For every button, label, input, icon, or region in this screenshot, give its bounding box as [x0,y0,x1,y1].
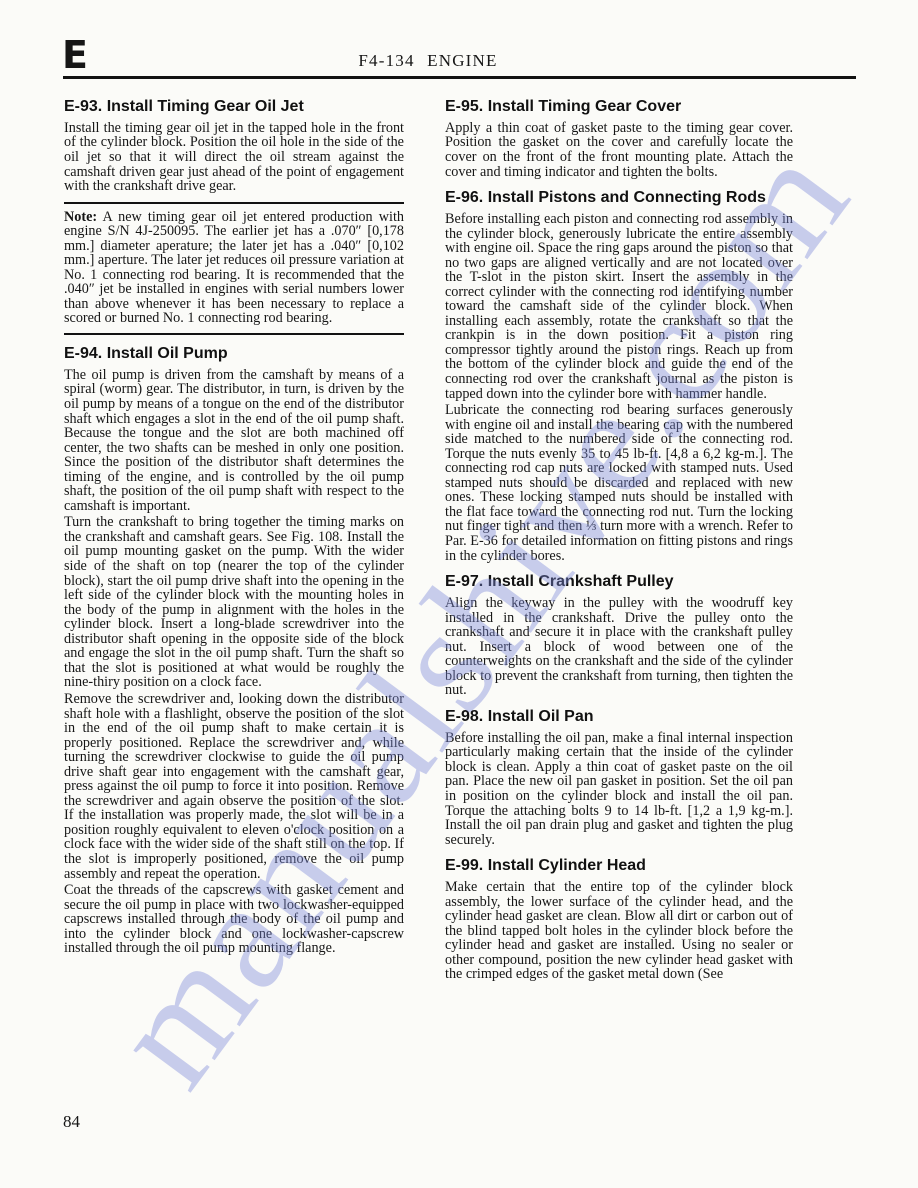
section-e94-paragraph-3: Remove the screwdriver and, looking down… [64,692,404,881]
section-heading-e93: E-93. Install Timing Gear Oil Jet [64,98,404,116]
page-content: E-93. Install Timing Gear Oil Jet Instal… [64,97,793,982]
section-heading-e94: E-94. Install Oil Pump [64,345,404,363]
section-heading-e99: E-99. Install Cylinder Head [445,857,793,875]
section-e99-body: Make certain that the entire top of the … [445,880,793,982]
section-e93-body: Install the timing gear oil jet in the t… [64,121,404,194]
section-heading-e96: E-96. Install Pistons and Connecting Rod… [445,189,793,207]
section-e98-body: Before installing the oil pan, make a fi… [445,731,793,847]
note-paragraph: Note: A new timing gear oil jet entered … [64,210,404,326]
section-e94-paragraph-4: Coat the threads of the capscrews with g… [64,883,404,956]
section-e94-paragraph-2: Turn the crankshaft to bring together th… [64,515,404,690]
note-box: Note: A new timing gear oil jet entered … [64,202,404,335]
section-e95-body: Apply a thin coat of gasket paste to the… [445,121,793,179]
page-title: F4-134 ENGINE [64,51,792,71]
section-e96-paragraph-1: Before installing each piston and connec… [445,212,793,401]
section-e97-body: Align the keyway in the pulley with the … [445,596,793,698]
column-right: E-95. Install Timing Gear Cover Apply a … [445,97,793,982]
section-heading-e97: E-97. Install Crankshaft Pulley [445,573,793,591]
section-e94-paragraph-1: The oil pump is driven from the camshaft… [64,368,404,513]
header-rule [63,76,856,79]
section-heading-e98: E-98. Install Oil Pan [445,708,793,726]
section-e96-paragraph-2: Lubricate the connecting rod bearing sur… [445,403,793,563]
section-heading-e95: E-95. Install Timing Gear Cover [445,98,793,116]
column-left: E-93. Install Timing Gear Oil Jet Instal… [64,97,404,982]
page-number: 84 [63,1112,80,1132]
note-text: A new timing gear oil jet entered produc… [64,209,404,327]
